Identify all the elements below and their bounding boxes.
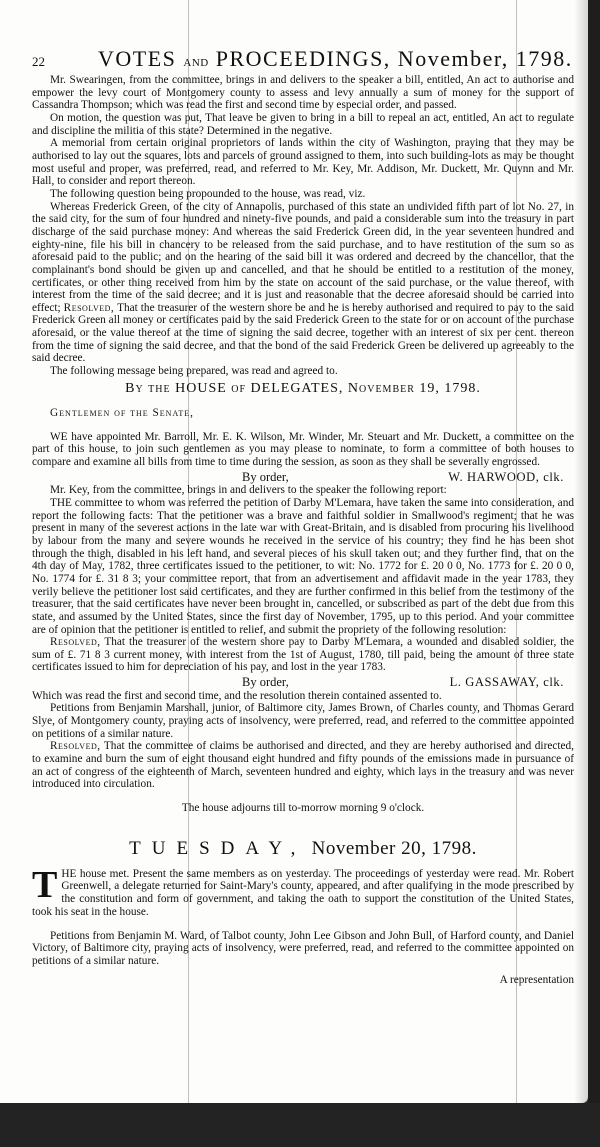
running-title: VOTES AND PROCEEDINGS, November, 1798.	[98, 46, 573, 72]
paragraph-swearingen-bill: Mr. Swearingen, from the committee, brin…	[32, 74, 574, 112]
title-and: AND	[183, 57, 208, 69]
paragraph-report-intro: Mr. Key, from the committee, brings in a…	[32, 484, 574, 497]
page-number: 22	[32, 54, 45, 70]
page-body: Mr. Swearingen, from the committee, brin…	[32, 74, 574, 997]
report-signoff: By order, L. GASSAWAY, clk.	[32, 676, 574, 689]
by-order-label: By order,	[242, 676, 289, 689]
paragraph-tuesday-petitions: Petitions from Benjamin M. Ward, of Talb…	[32, 930, 574, 968]
resolved-label: Resolved,	[50, 740, 101, 752]
message-heading: By the HOUSE of DELEGATES, November 19, …	[32, 383, 574, 396]
paragraph-house-met: THE house met. Present the same members …	[32, 868, 574, 919]
report-text: THE committee to whom was referred the p…	[32, 497, 574, 636]
resolved-label: Resolved,	[50, 636, 101, 648]
resolved-label: Resolved,	[64, 302, 115, 314]
resolved-text: That the committee of claims be authoris…	[32, 740, 574, 790]
report-resolution: Resolved, That the treasurer of the west…	[32, 636, 574, 674]
title-part-2: PROCEEDINGS, November, 1798.	[209, 46, 573, 71]
paragraph-frederick-green: Whereas Frederick Green, of the city of …	[32, 201, 574, 366]
title-part-1: VOTES	[98, 46, 183, 71]
paragraph-question-intro: The following question being propounded …	[32, 188, 574, 201]
paragraph-report-assented: Which was read the first and second time…	[32, 690, 574, 703]
message-salutation: Gentlemen of the Senate,	[32, 407, 574, 420]
paragraph-militia-motion: On motion, the question was put, That le…	[32, 112, 574, 137]
whereas-text: Whereas Frederick Green, of the city of …	[32, 201, 574, 314]
paragraph-washington-memorial: A memorial from certain original proprie…	[32, 137, 574, 188]
day-heading: TUESDAY, November 20, 1798.	[32, 843, 574, 856]
day-name: TUESDAY,	[129, 838, 306, 859]
paragraph-insolvency-petitions: Petitions from Benjamin Marshall, junior…	[32, 702, 574, 740]
message-text: WE have appointed Mr. Barroll, Mr. E. K.…	[32, 431, 574, 469]
drop-cap: T	[32, 870, 57, 900]
house-met-text: HE house met. Present the same members a…	[32, 868, 574, 918]
by-order-label: By order,	[242, 471, 289, 484]
resolved-text: That the treasurer of the western shore …	[32, 636, 574, 673]
adjournment-notice: The house adjourns till to-morrow mornin…	[32, 802, 574, 815]
catchword: A representation	[32, 974, 574, 987]
message-signoff: By order, W. HARWOOD, clk.	[32, 471, 574, 484]
signer-gassaway: L. GASSAWAY, clk.	[450, 676, 564, 689]
paragraph-claims-resolution: Resolved, That the committee of claims b…	[32, 740, 574, 791]
paragraph-message-intro: The following message being prepared, wa…	[32, 365, 574, 378]
page-header: 22 VOTES AND PROCEEDINGS, November, 1798…	[32, 46, 572, 72]
scan-edge-shadow	[588, 0, 600, 1103]
signer-harwood: W. HARWOOD, clk.	[448, 471, 564, 484]
scanned-page: 22 VOTES AND PROCEEDINGS, November, 1798…	[0, 0, 588, 1103]
day-date: November 20, 1798.	[306, 838, 476, 859]
resolved-text: That the treasurer of the western shore …	[32, 302, 574, 365]
